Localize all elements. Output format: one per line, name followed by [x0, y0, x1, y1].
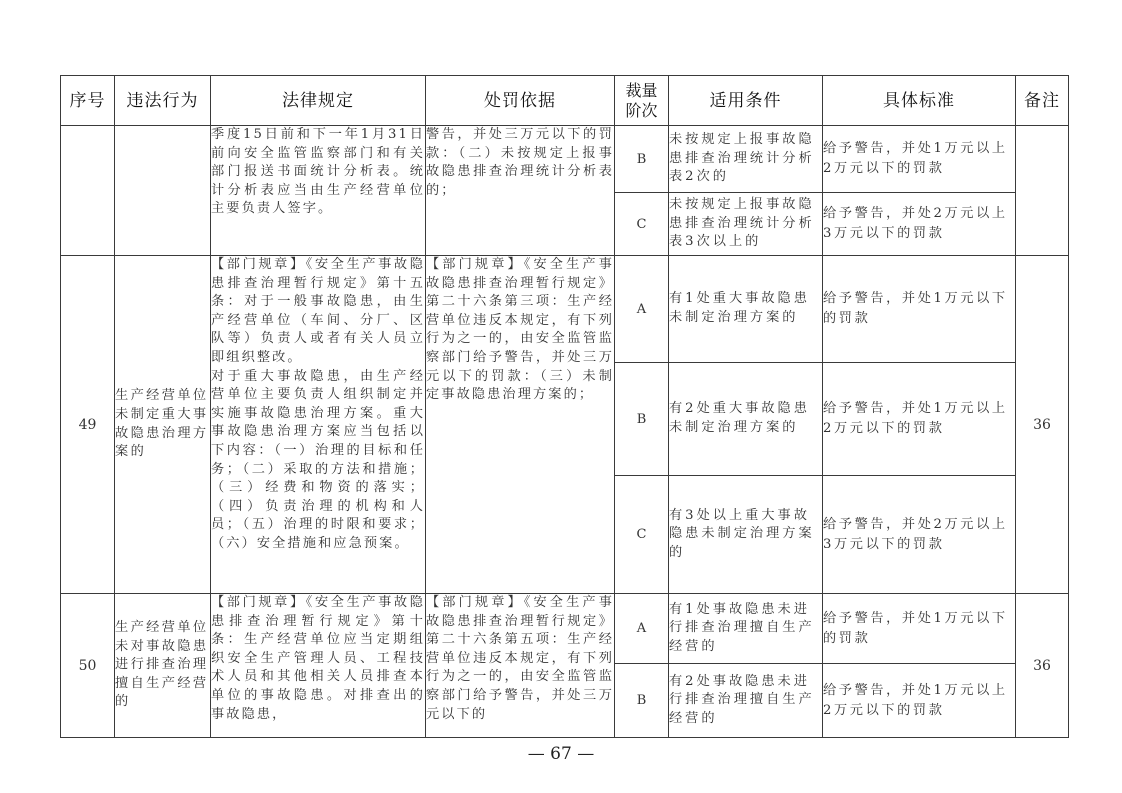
cell-standard: 给予警告，并处2万元以上3万元以下的罚款 — [823, 193, 1016, 256]
cell-law: 【部门规章】《安全生产事故隐患排查治理暂行规定》第十五条：对于一般事故隐患，由生… — [211, 256, 426, 594]
cell-condition: 未按规定上报事故隐患排查治理统计分析表2次的 — [669, 126, 823, 193]
law-paragraph-2: 对于重大事故隐患，由生产经营单位主要负责人组织制定并实施事故隐患治理方案。重大事… — [211, 368, 425, 554]
header-remark: 备注 — [1016, 76, 1069, 126]
header-basis: 处罚依据 — [426, 76, 615, 126]
header-law: 法律规定 — [211, 76, 426, 126]
header-standard: 具体标准 — [823, 76, 1016, 126]
cell-law: 季度15日前和下一年1月31日前向安全监管监察部门和有关部门报送书面统计分析表。… — [211, 126, 426, 256]
cell-level: C — [615, 193, 669, 256]
cell-level: C — [615, 476, 669, 594]
header-condition: 适用条件 — [669, 76, 823, 126]
cell-level: B — [615, 363, 669, 476]
penalty-discretion-table: 序号 违法行为 法律规定 处罚依据 裁量阶次 适用条件 具体标准 备注 季度15… — [60, 75, 1069, 738]
table-header-row: 序号 违法行为 法律规定 处罚依据 裁量阶次 适用条件 具体标准 备注 — [61, 76, 1069, 126]
cell-condition: 有3处以上重大事故隐患未制定治理方案的 — [669, 476, 823, 594]
header-number: 序号 — [61, 76, 115, 126]
header-behavior: 违法行为 — [115, 76, 211, 126]
cell-behavior: 生产经营单位未对事故隐患进行排查治理擅自生产经营的 — [115, 594, 211, 738]
cell-level: B — [615, 664, 669, 738]
cell-condition: 有1处重大事故隐患未制定治理方案的 — [669, 256, 823, 363]
cell-standard: 给予警告，并处2万元以上3万元以下的罚款 — [823, 476, 1016, 594]
cell-level: A — [615, 594, 669, 664]
cell-level: A — [615, 256, 669, 363]
cell-behavior — [115, 126, 211, 256]
cell-basis: 【部门规章】《安全生产事故隐患排查治理暂行规定》第二十六条第五项：生产经营单位违… — [426, 594, 615, 738]
page-number: — 67 — — [0, 744, 1122, 764]
law-paragraph-1: 【部门规章】《安全生产事故隐患排查治理暂行规定》第十五条：对于一般事故隐患，由生… — [211, 256, 425, 368]
cell-number: 49 — [61, 256, 115, 594]
table-row-50: 50 生产经营单位未对事故隐患进行排查治理擅自生产经营的 【部门规章】《安全生产… — [61, 594, 1069, 664]
cell-remark: 36 — [1016, 594, 1069, 738]
cell-standard: 给予警告，并处1万元以上2万元以下的罚款 — [823, 664, 1016, 738]
cell-standard: 给予警告，并处1万元以下的罚款 — [823, 256, 1016, 363]
table-row-continuation: 季度15日前和下一年1月31日前向安全监管监察部门和有关部门报送书面统计分析表。… — [61, 126, 1069, 193]
cell-level: B — [615, 126, 669, 193]
table-row-49: 49 生产经营单位未制定重大事故隐患治理方案的 【部门规章】《安全生产事故隐患排… — [61, 256, 1069, 363]
cell-law: 【部门规章】《安全生产事故隐患排查治理暂行规定》第十条：生产经营单位应当定期组织… — [211, 594, 426, 738]
cell-remark — [1016, 126, 1069, 256]
cell-basis: 【部门规章】《安全生产事故隐患排查治理暂行规定》第二十六条第三项：生产经营单位违… — [426, 256, 615, 594]
cell-condition: 未按规定上报事故隐患排查治理统计分析表3次以上的 — [669, 193, 823, 256]
header-level: 裁量阶次 — [615, 76, 669, 126]
cell-standard: 给予警告，并处1万元以上2万元以下的罚款 — [823, 363, 1016, 476]
cell-standard: 给予警告，并处1万元以上2万元以下的罚款 — [823, 126, 1016, 193]
cell-remark: 36 — [1016, 256, 1069, 594]
cell-number: 50 — [61, 594, 115, 738]
cell-standard: 给予警告，并处1万元以下的罚款 — [823, 594, 1016, 664]
cell-basis: 警告，并处三万元以下的罚款：（二）未按规定上报事故隐患排查治理统计分析表的； — [426, 126, 615, 256]
cell-condition: 有2处重大事故隐患未制定治理方案的 — [669, 363, 823, 476]
cell-number — [61, 126, 115, 256]
cell-condition: 有2处事故隐患未进行排查治理擅自生产经营的 — [669, 664, 823, 738]
cell-condition: 有1处事故隐患未进行排查治理擅自生产经营的 — [669, 594, 823, 664]
cell-behavior: 生产经营单位未制定重大事故隐患治理方案的 — [115, 256, 211, 594]
